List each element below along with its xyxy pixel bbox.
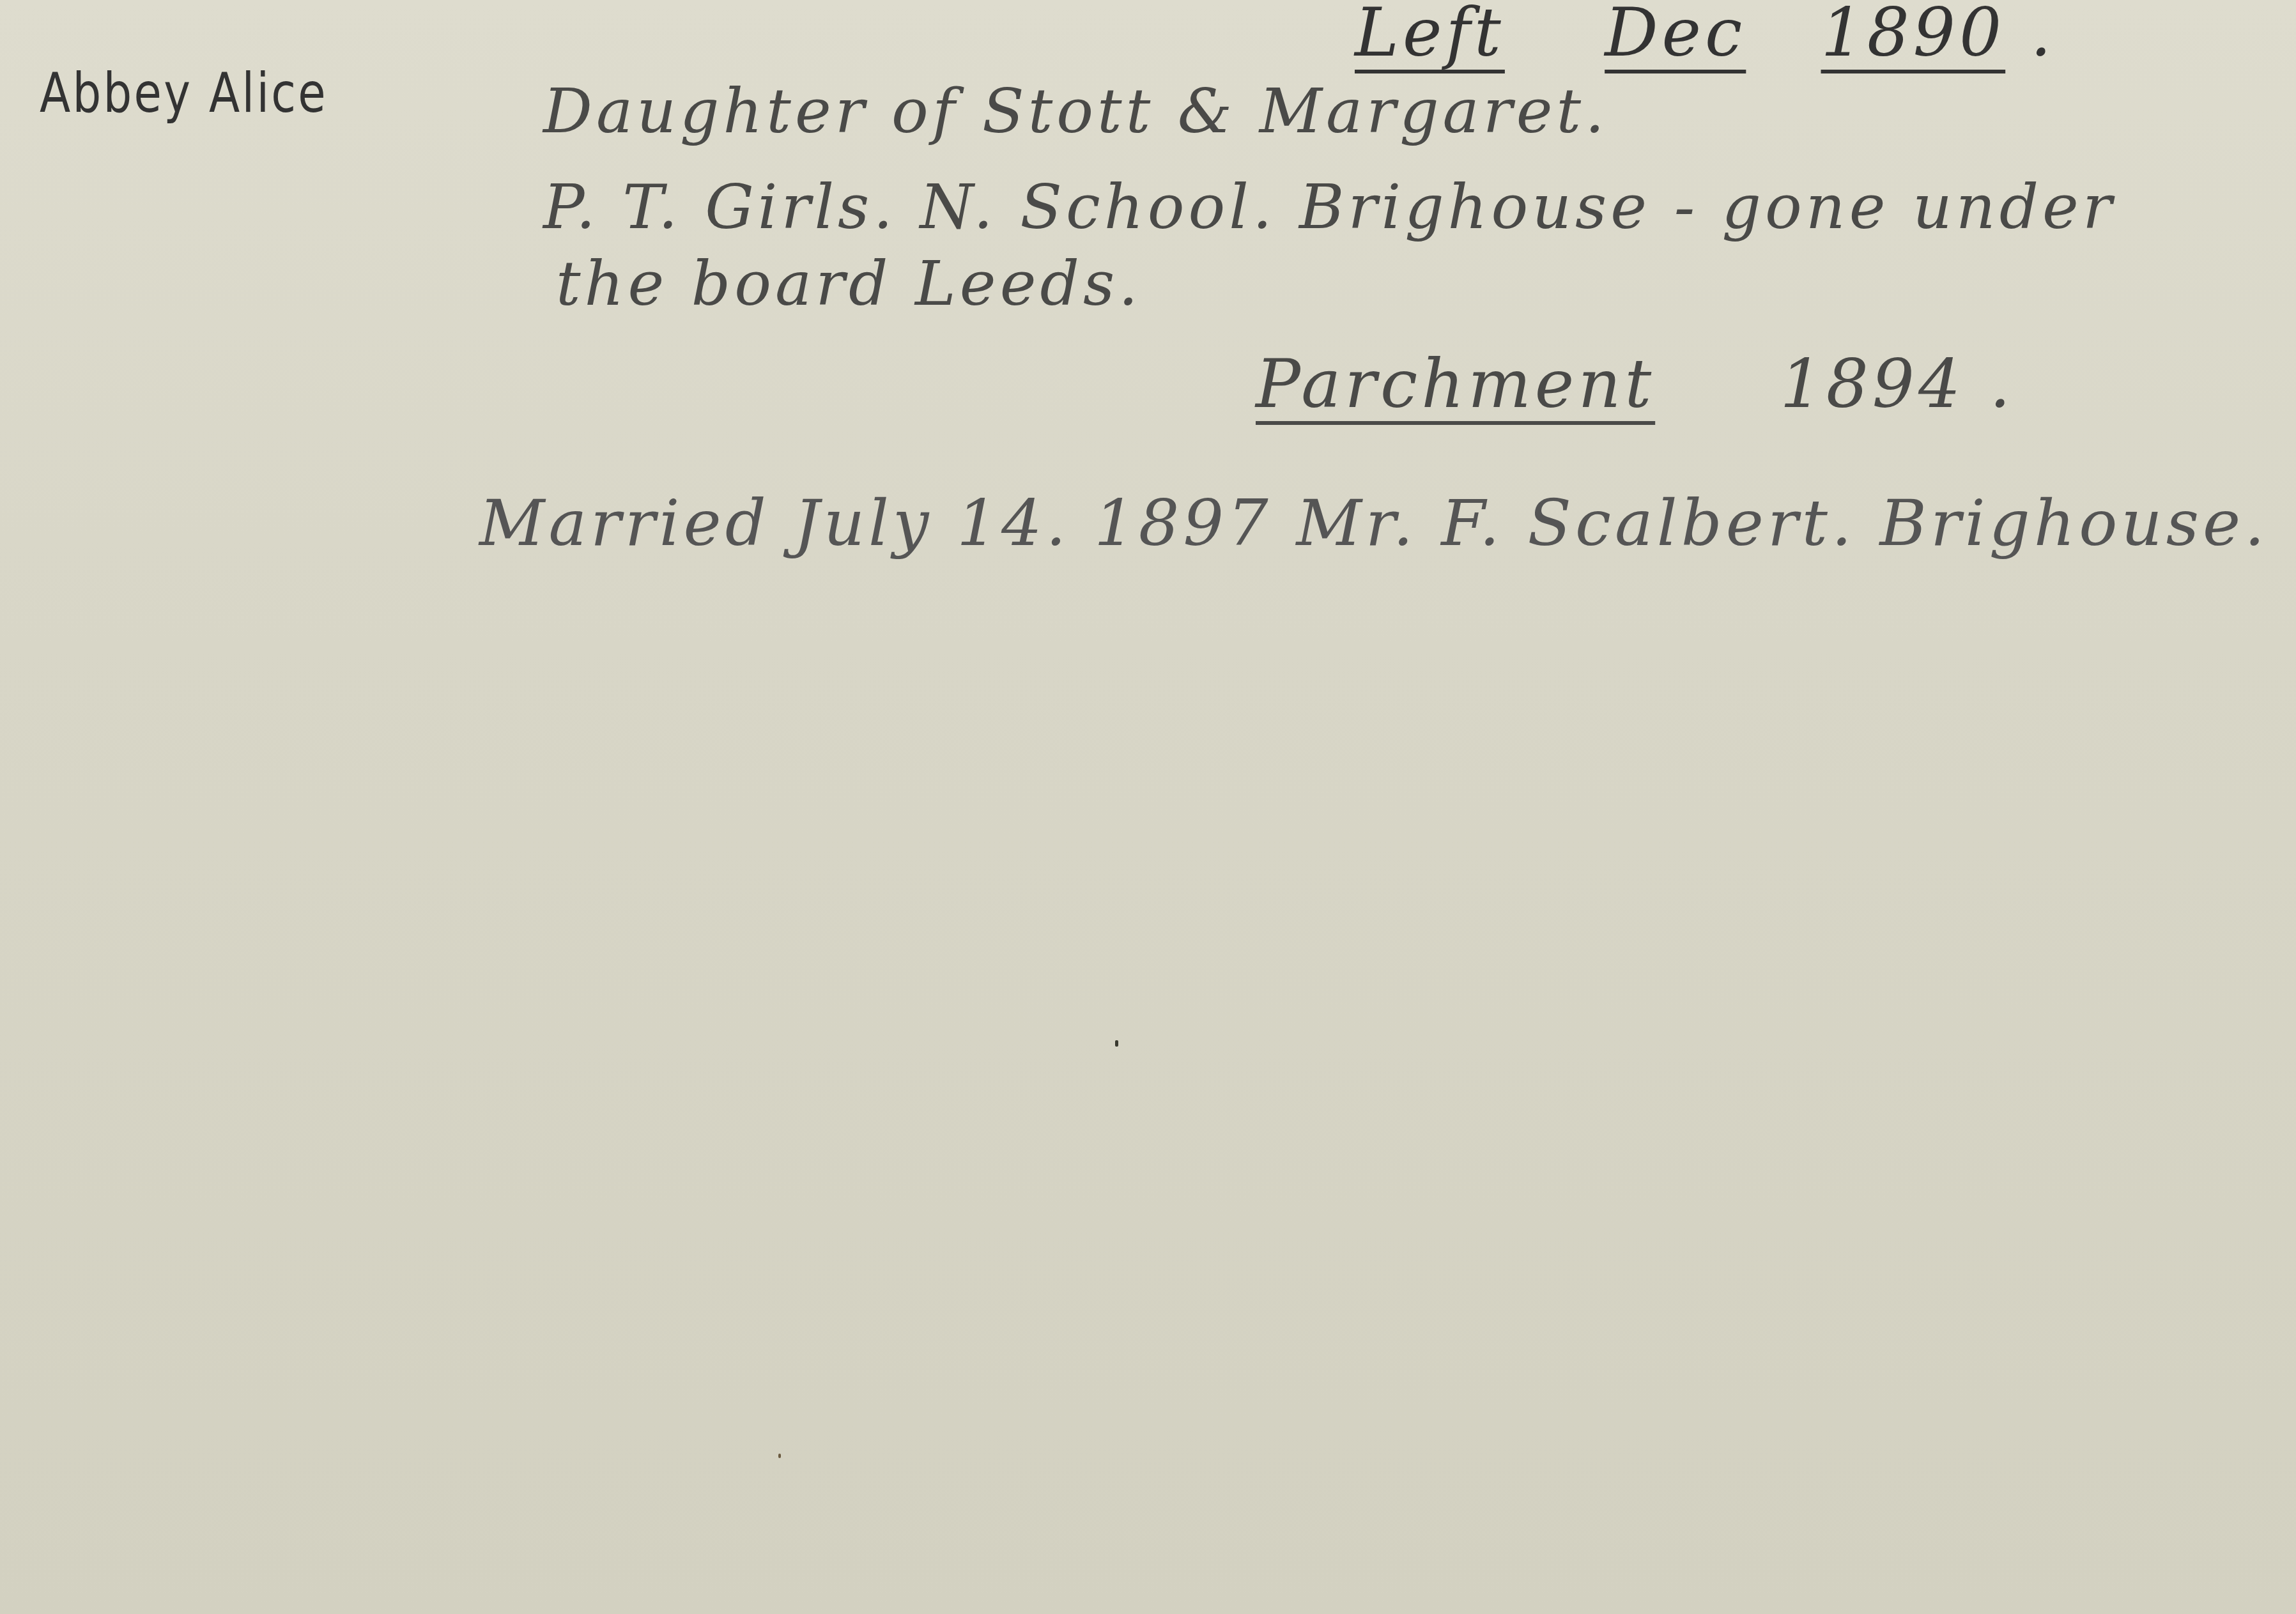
left-label: Left (1355, 0, 1505, 72)
left-year: 1890 (1821, 0, 2006, 72)
period: . (1989, 345, 2014, 423)
period: . (2030, 0, 2055, 72)
parchment-note: Parchment 1894 . (1256, 345, 2014, 423)
parchment-year: 1894 (1780, 345, 1964, 423)
school-line: P. T. Girls. N. School. Brighouse - gone… (543, 171, 2116, 243)
left-date: Left Dec 1890 . (1355, 0, 2055, 72)
marriage-note: Married July 14. 1897 Mr. F. Scalbert. B… (479, 486, 2269, 560)
paper-speck (778, 1454, 781, 1458)
paper-speck (1115, 1040, 1118, 1047)
parchment-label: Parchment (1256, 345, 1655, 423)
board-line: the board Leeds. (556, 248, 1142, 319)
left-month: Dec (1605, 0, 1746, 72)
parentage-line: Daughter of Stott & Margaret. (543, 75, 1608, 147)
name-heading: Abbey Alice (40, 61, 328, 125)
register-card: Abbey Alice Left Dec 1890 . Daughter of … (0, 0, 2296, 1614)
